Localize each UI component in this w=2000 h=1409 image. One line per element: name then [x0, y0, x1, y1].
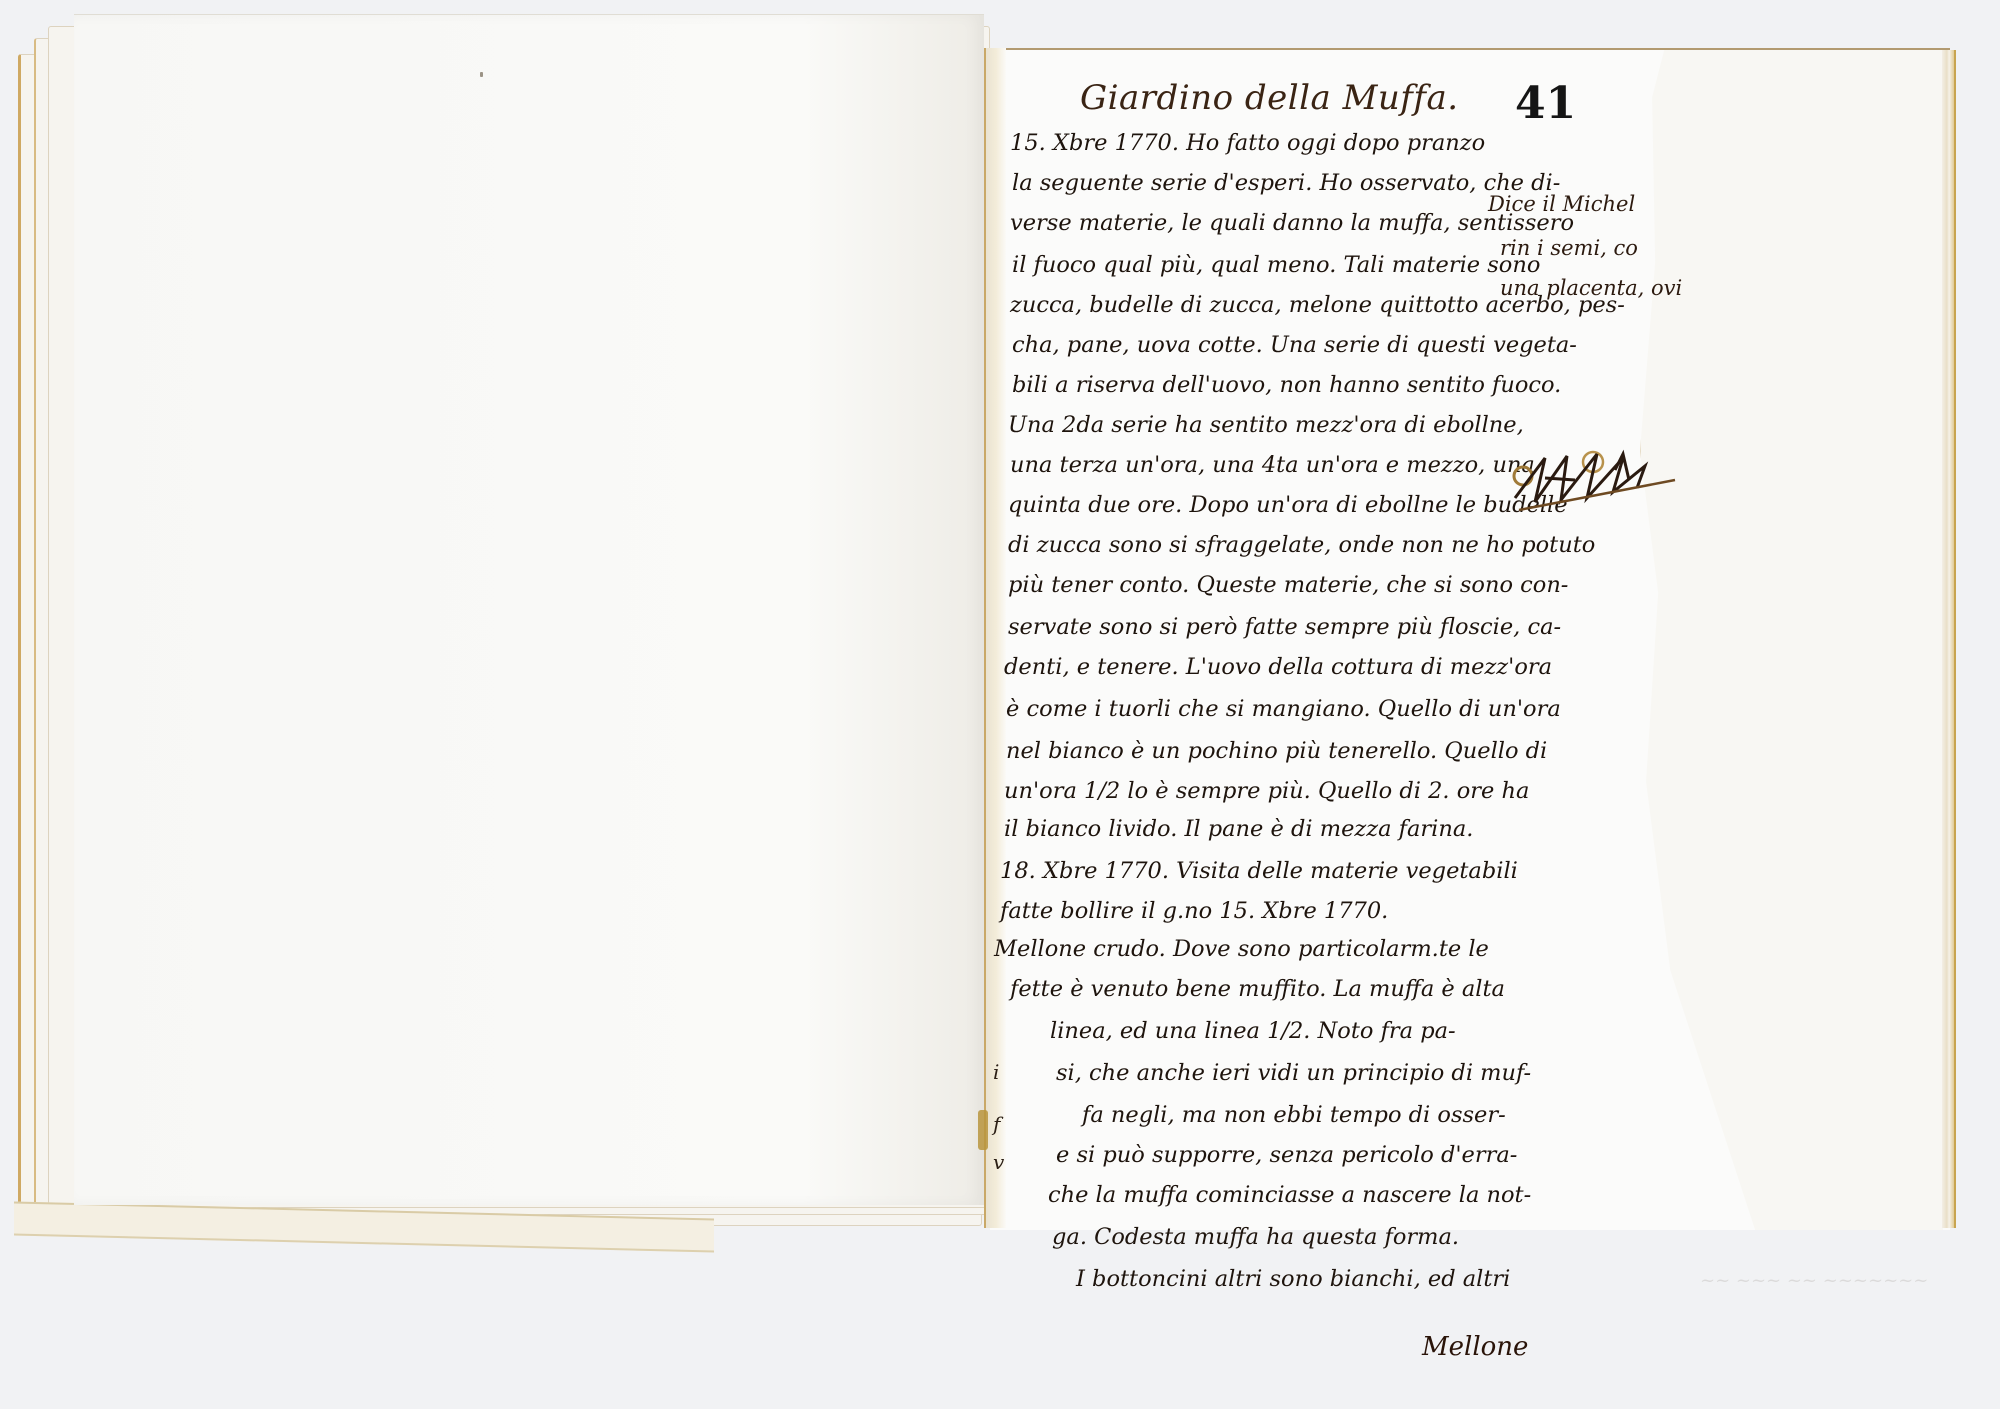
text-line: si, che anche ieri vidi un principio di …	[1056, 1058, 1531, 1088]
manuscript-spread: ~~ ~~~~ ~~~ ~~ ~~~~~ ~~~~~ ~~~ ~~~~~ ~ ~…	[0, 0, 2000, 1409]
catchword: Mellone	[1422, 1332, 1528, 1362]
text-line: I bottoncini altri sono bianchi, ed altr…	[1076, 1264, 1510, 1294]
gutter-mark: i	[993, 1060, 999, 1084]
text-line: è come i tuorli che si mangiano. Quello …	[1006, 694, 1561, 724]
gutter-mark: v	[993, 1150, 1004, 1174]
ink-speck	[480, 72, 483, 77]
text-line: bili a riserva dell'uovo, non hanno sent…	[1012, 370, 1561, 400]
text-line: la seguente serie d'esperi. Ho osservato…	[1012, 168, 1560, 198]
text-line: cha, pane, uova cotte. Una serie di ques…	[1012, 330, 1577, 360]
text-line: fette è venuto bene muffito. La muffa è …	[1010, 974, 1505, 1004]
page-edge-right	[1942, 50, 1956, 1228]
text-line: Mellone crudo. Dove sono particolarm.te …	[994, 934, 1489, 964]
bleed-through-text: ~~ ~~~ ~~ ~~~~~~~	[1700, 1270, 1928, 1291]
text-line: ga. Codesta muffa ha questa forma.	[1052, 1222, 1459, 1252]
page-number: 41	[1515, 78, 1576, 129]
text-line: Una 2da serie ha sentito mezz'ora di ebo…	[1008, 410, 1524, 440]
text-line: un'ora 1/2 lo è sempre più. Quello di 2.…	[1004, 776, 1529, 806]
margin-note: una placenta, ovi	[1500, 276, 1682, 300]
margin-note: Dice il Michel	[1488, 192, 1635, 216]
text-line: 15. Xbre 1770. Ho fatto oggi dopo pranzo	[1010, 128, 1485, 158]
text-line: linea, ed una linea 1/2. Noto fra pa-	[1050, 1016, 1456, 1046]
text-line: e si può supporre, senza pericolo d'erra…	[1056, 1140, 1517, 1170]
text-line: fatte bollire il g.no 15. Xbre 1770.	[1000, 896, 1388, 926]
margin-note: rin i semi, co	[1500, 236, 1638, 260]
book-gutter	[984, 48, 1006, 1228]
text-line: di zucca sono si sfraggelate, onde non n…	[1008, 530, 1595, 560]
left-page-blank	[74, 14, 984, 1205]
text-line: 18. Xbre 1770. Visita delle materie vege…	[1000, 856, 1518, 886]
text-line: servate sono si però fatte sempre più fl…	[1008, 612, 1561, 642]
text-line: denti, e tenere. L'uovo della cottura di…	[1004, 652, 1552, 682]
text-line: il bianco livido. Il pane è di mezza far…	[1004, 814, 1473, 844]
text-line: che la muffa cominciasse a nascere la no…	[1048, 1180, 1531, 1210]
text-line: più tener conto. Queste materie, che si …	[1008, 570, 1568, 600]
text-line: fa negli, ma non ebbi tempo di osser-	[1082, 1100, 1506, 1130]
text-line: quinta due ore. Dopo un'ora di ebollne l…	[1008, 490, 1568, 520]
page-title: Giardino della Muffa.	[1080, 78, 1459, 118]
text-line: una terza un'ora, una 4ta un'ora e mezzo…	[1010, 450, 1535, 480]
text-line: il fuoco qual più, qual meno. Tali mater…	[1012, 250, 1540, 280]
text-line: nel bianco è un pochino più tenerello. Q…	[1006, 736, 1547, 766]
gutter-mark: f	[993, 1112, 1000, 1136]
ink-flourish-icon	[1505, 440, 1705, 520]
foxing-stain	[978, 1110, 988, 1150]
